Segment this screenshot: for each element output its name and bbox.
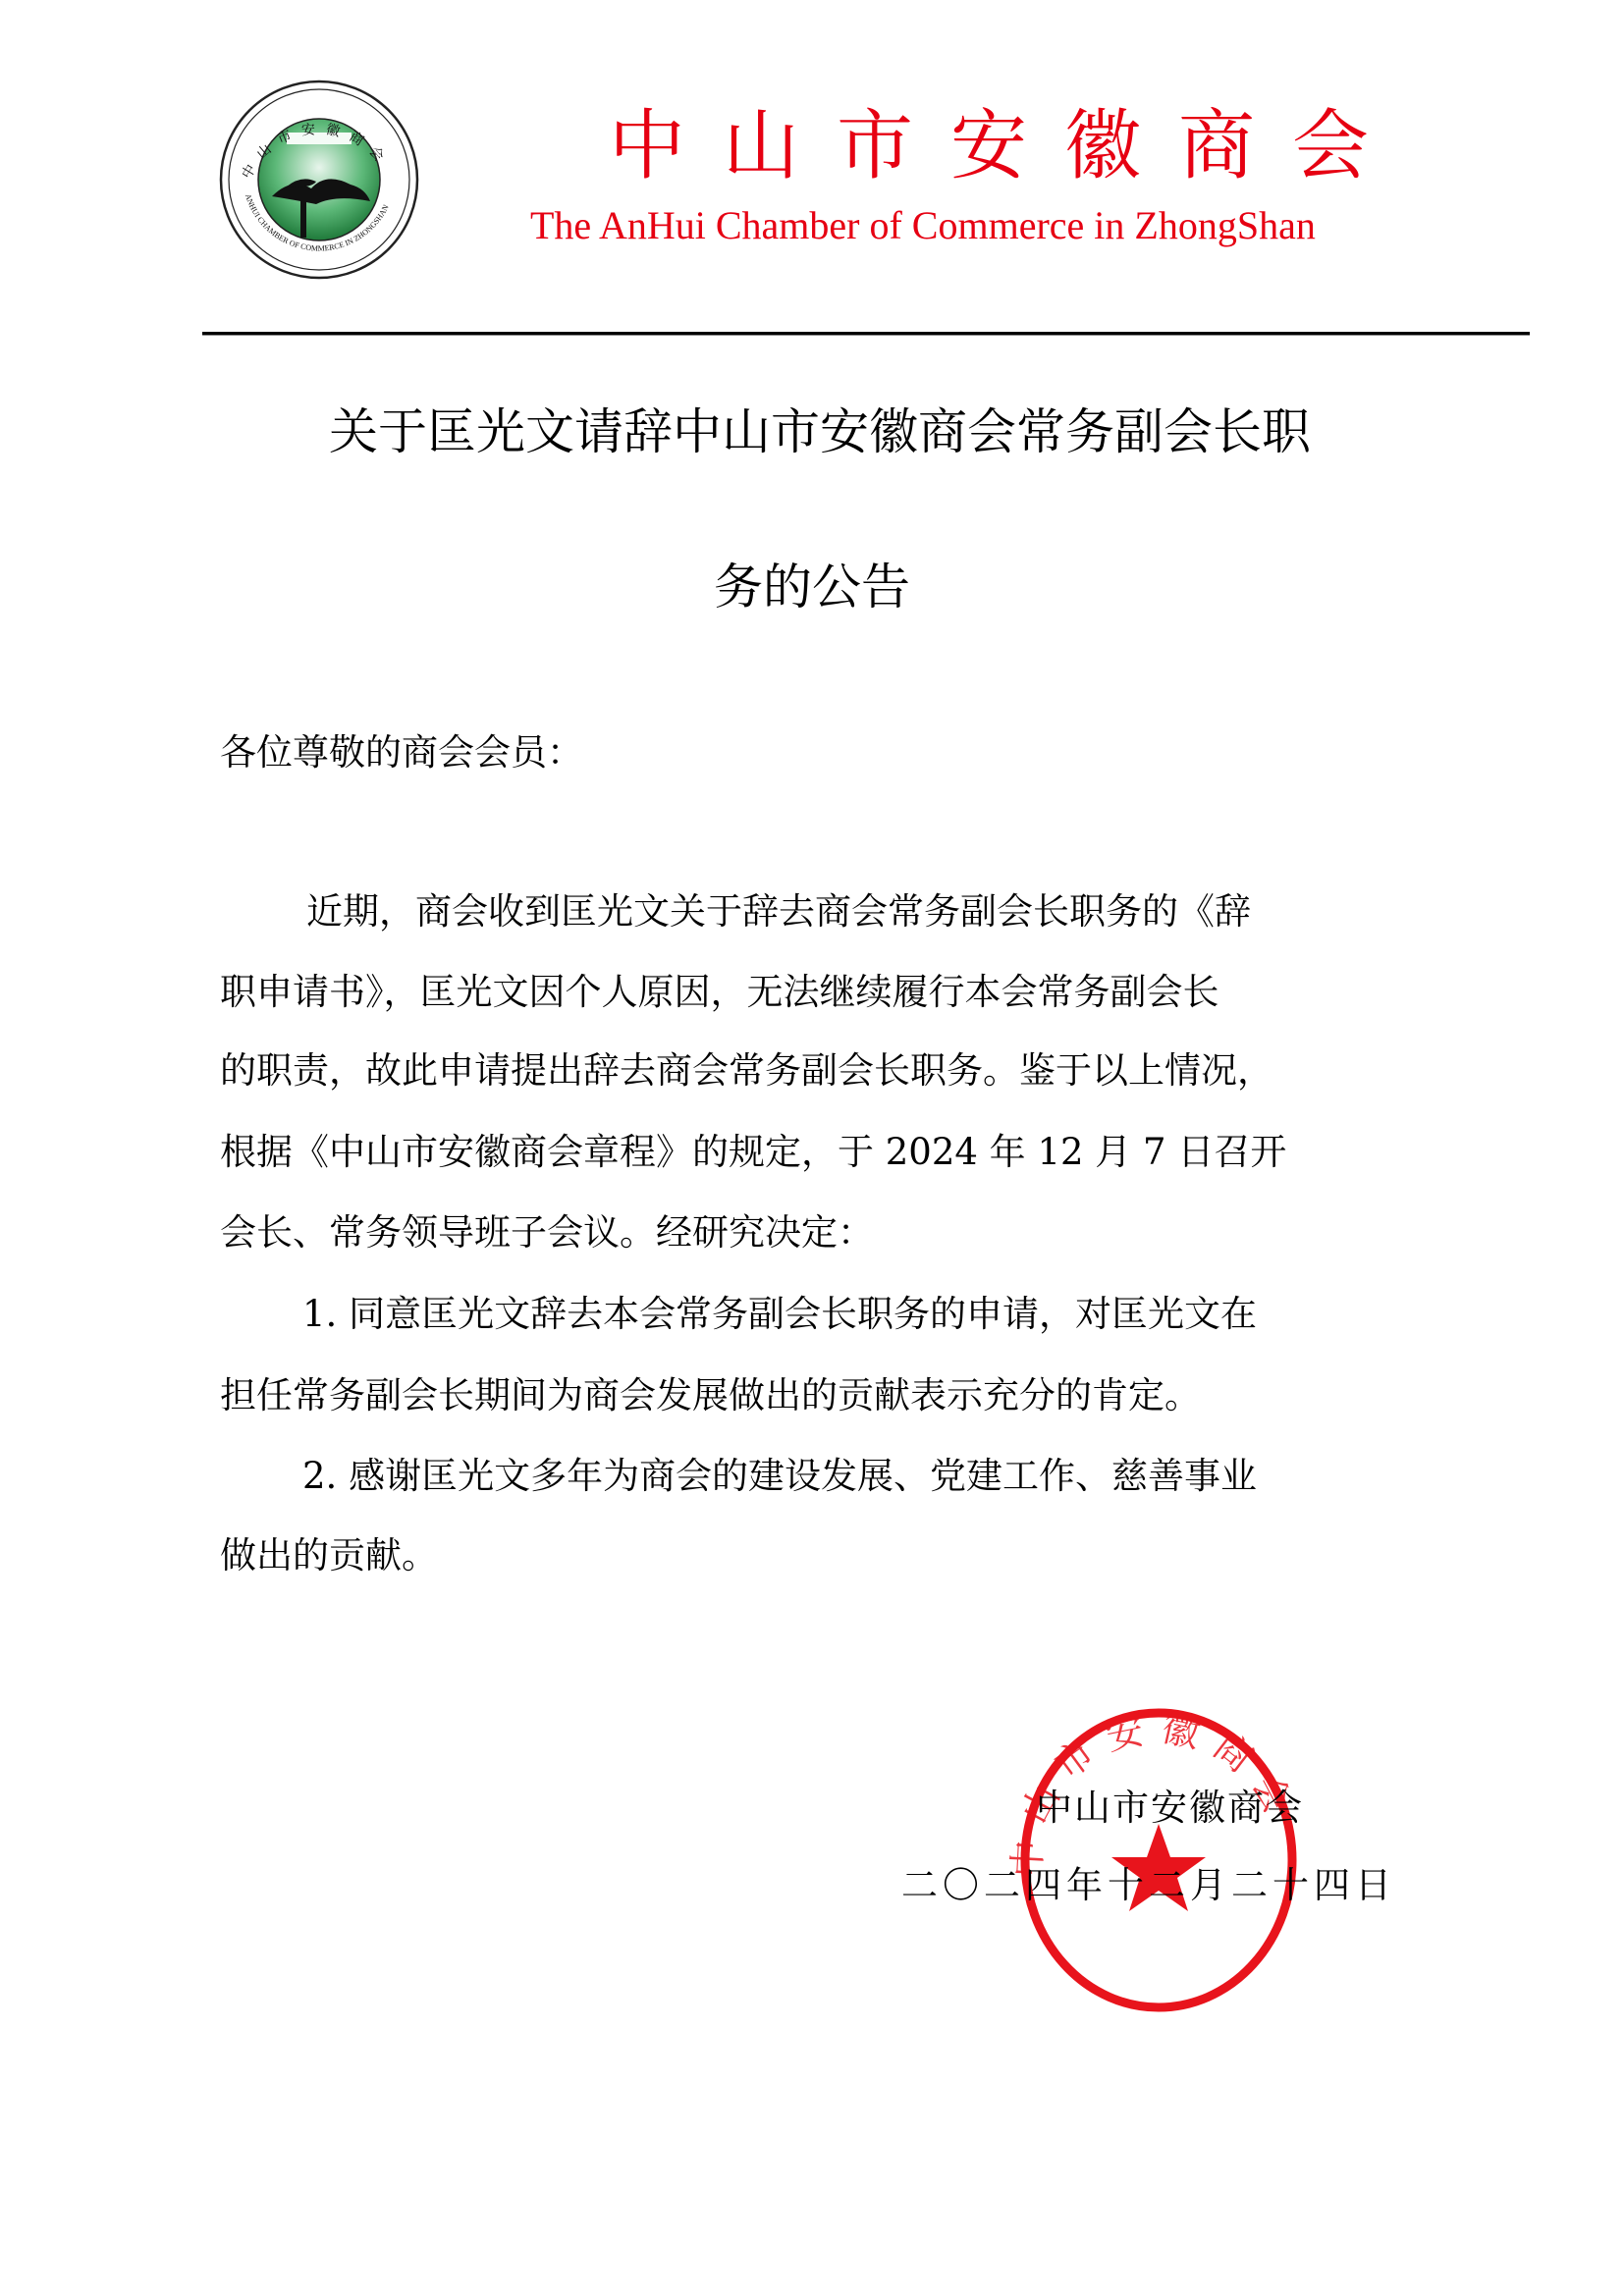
header-divider	[202, 332, 1530, 336]
body-line-1: 近期，商会收到匡光文关于辞去商会常务副会长职务的《辞	[306, 893, 1520, 930]
body-line-5: 会长、常务领导班子会议。经研究决定：	[220, 1214, 1434, 1251]
decision-1-line-2: 担任常务副会长期间为商会发展做出的贡献表示充分的肯定。	[220, 1377, 1434, 1414]
signature-org: 中山市安徽商会	[1036, 1789, 1304, 1826]
document-title-line1: 关于匡光文请辞中山市安徽商会常务副会长职	[8, 407, 1624, 456]
signature-date: 二〇二四年十二月二十四日	[901, 1867, 1396, 1903]
salutation: 各位尊敬的商会会员：	[220, 734, 1434, 771]
decision-1-line-1: 1. 同意匡光文辞去本会常务副会长职务的申请，对匡光文在	[302, 1296, 1516, 1332]
body-line-3: 的职责，故此申请提出辞去商会常务副会长职务。鉴于以上情况，	[220, 1052, 1434, 1089]
chamber-logo: 中山市安徽商会 ANHUI CHAMBER OF COMMERCE IN ZHO…	[218, 79, 420, 281]
decision-2-line-1: 2. 感谢匡光文多年为商会的建设发展、党建工作、慈善事业	[302, 1458, 1516, 1494]
body-line-2: 职申请书》，匡光文因个人原因，无法继续履行本会常务副会长	[220, 974, 1434, 1010]
seal-star-icon: 中山市安徽商会	[1001, 1708, 1316, 2012]
decision-2-line-2: 做出的贡献。	[220, 1537, 1434, 1574]
org-name-cn: 中山市安徽商会	[609, 108, 1406, 185]
body-line-4: 根据《中山市安徽商会章程》的规定，于 2024 年 12 月 7 日召开	[220, 1134, 1434, 1170]
org-name-en: The AnHui Chamber of Commerce in ZhongSh…	[530, 206, 1316, 245]
document-title-line2: 务的公告	[0, 562, 1624, 612]
logo-emblem-icon: 中山市安徽商会 ANHUI CHAMBER OF COMMERCE IN ZHO…	[218, 79, 420, 281]
official-seal: 中山市安徽商会	[1001, 1708, 1316, 2012]
